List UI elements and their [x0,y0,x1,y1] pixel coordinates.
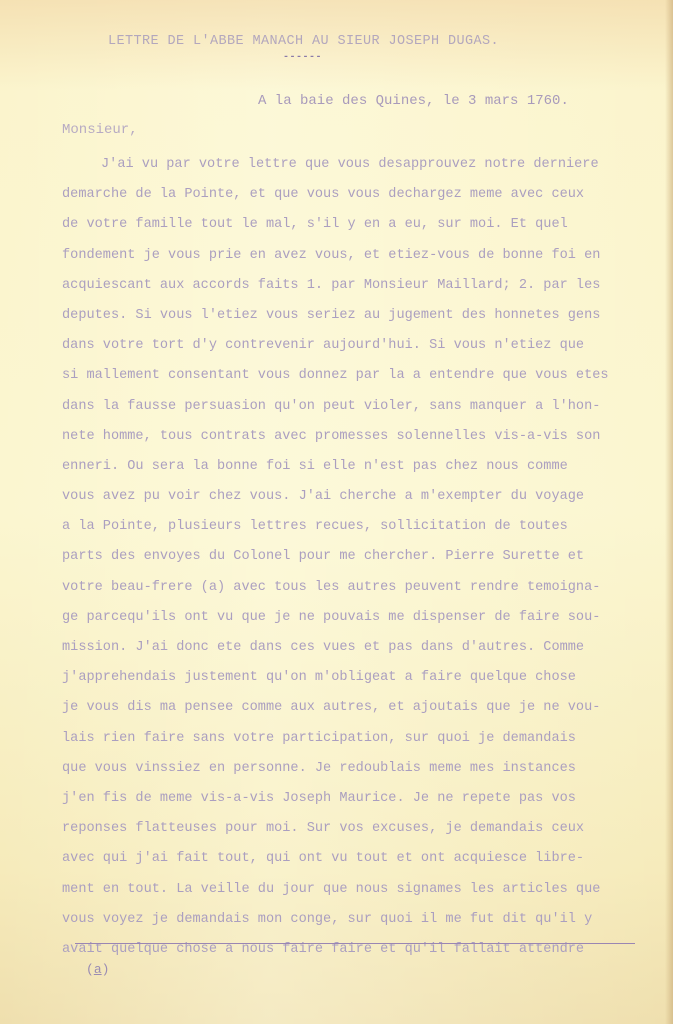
body-line: de votre famille tout le mal, s'il y en … [62,210,662,240]
body-line: je vous dis ma pensee comme aux autres, … [62,693,662,723]
body-line: avec qui j'ai fait tout, qui ont vu tout… [62,844,662,874]
body-line: lais rien faire sans votre participation… [62,724,662,754]
footnote-paren-close: ) [102,962,110,977]
footnote-divider [75,943,635,944]
title-underline: ------ [283,52,322,63]
body-line: J'ai vu par votre lettre que vous desapp… [62,150,662,180]
body-line: nete homme, tous contrats avec promesses… [62,422,662,452]
body-line: si mallement consentant vous donnez par … [62,361,662,391]
body-line: acquiescant aux accords faits 1. par Mon… [62,271,662,301]
body-line: que vous vinssiez en personne. Je redoub… [62,754,662,784]
salutation: Monsieur, [62,122,138,138]
body-line: a la Pointe, plusieurs lettres recues, s… [62,512,662,542]
letter-body: J'ai vu par votre lettre que vous desapp… [62,150,662,965]
body-line: ge parcequ'ils ont vu que je ne pouvais … [62,603,662,633]
body-line: parts des envoyes du Colonel pour me che… [62,542,662,572]
footnote-letter: a [94,962,102,977]
body-line: j'en fis de meme vis-a-vis Joseph Mauric… [62,784,662,814]
footnote-paren-open: ( [86,962,94,977]
dateline: A la baie des Quines, le 3 mars 1760. [258,93,569,109]
body-line: votre beau-frere (a) avec tous les autre… [62,573,662,603]
body-line: demarche de la Pointe, et que vous vous … [62,180,662,210]
body-line: enneri. Ou sera la bonne foi si elle n'e… [62,452,662,482]
document-page: LETTRE DE L'ABBE MANACH AU SIEUR JOSEPH … [0,0,673,1024]
body-line: dans la fausse persuasion qu'on peut vio… [62,392,662,422]
body-line: fondement je vous prie en avez vous, et … [62,241,662,271]
body-line: mission. J'ai donc ete dans ces vues et … [62,633,662,663]
body-line: ment en tout. La veille du jour que nous… [62,875,662,905]
body-line: vous avez pu voir chez vous. J'ai cherch… [62,482,662,512]
body-line: avait quelque chose a nous faire faire e… [62,935,662,965]
body-line: vous voyez je demandais mon conge, sur q… [62,905,662,935]
body-line: j'apprehendais justement qu'on m'obligea… [62,663,662,693]
body-line: reponses flatteuses pour moi. Sur vos ex… [62,814,662,844]
page-edge-shadow [665,0,673,1024]
letter-title: LETTRE DE L'ABBE MANACH AU SIEUR JOSEPH … [108,34,499,49]
footnote-marker: (a) [86,962,109,977]
body-line: dans votre tort d'y contrevenir aujourd'… [62,331,662,361]
body-line: deputes. Si vous l'etiez vous seriez au … [62,301,662,331]
